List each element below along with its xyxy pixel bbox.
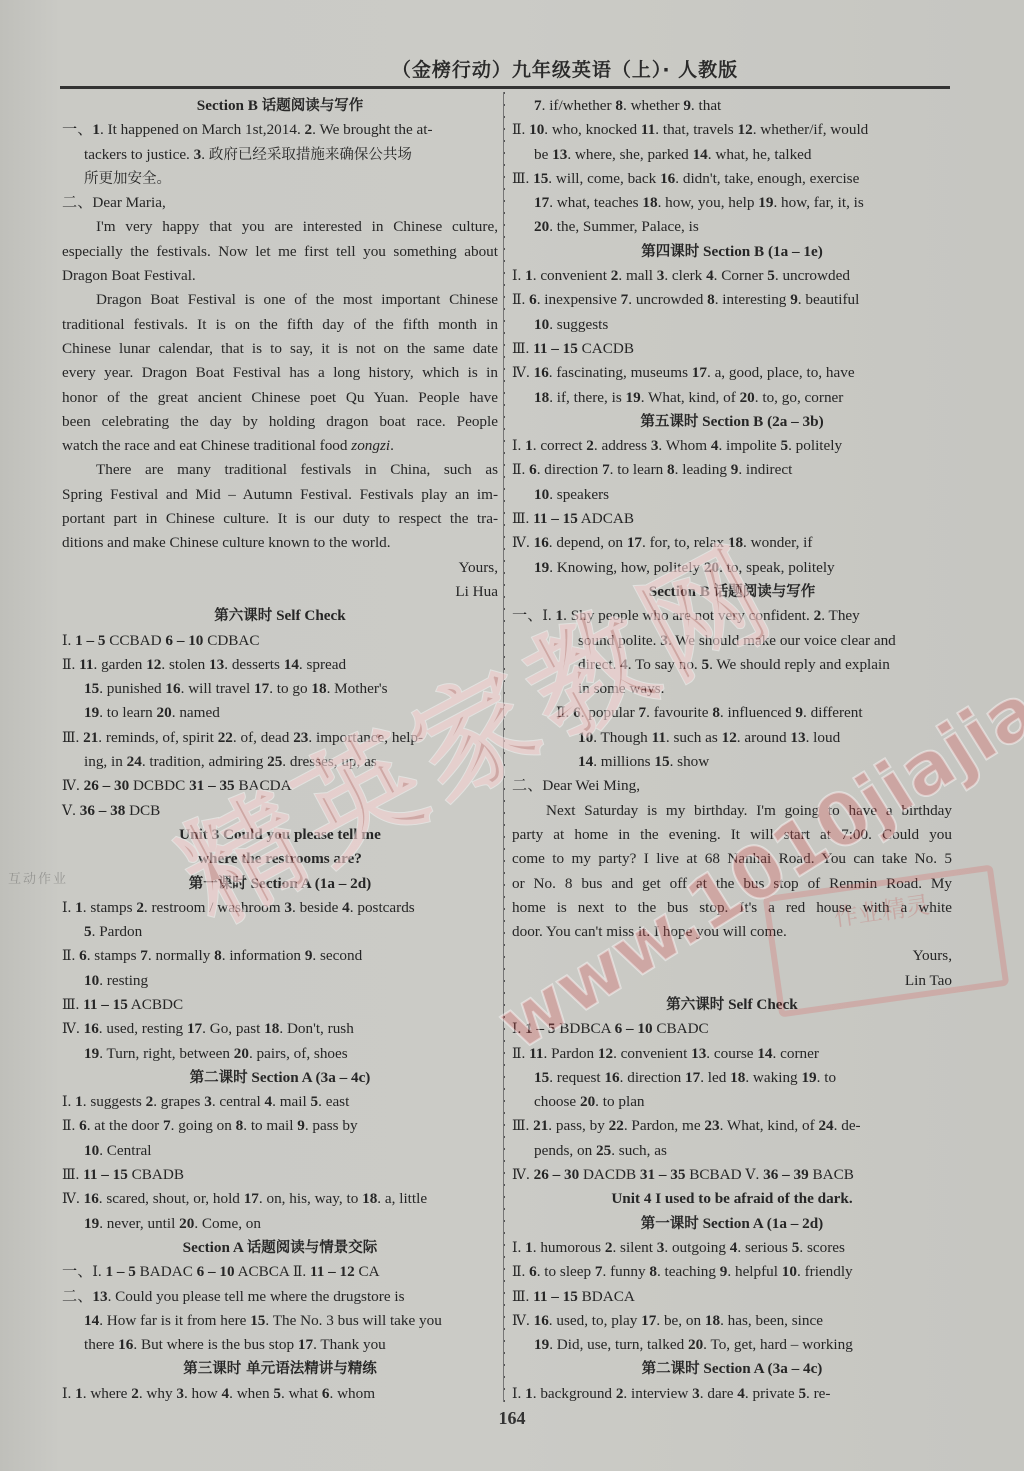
separator: .	[76, 777, 84, 794]
part-numeral: Ⅳ	[512, 535, 526, 551]
answer-text: . punished	[99, 680, 165, 697]
answer-text: . desserts	[224, 656, 283, 673]
section-heading-en: Unit 4 I used to be afraid of the dark.	[611, 1190, 852, 1207]
answer-text: . Go, past	[202, 1020, 264, 1037]
question-number: 1	[75, 899, 83, 916]
answer-line: 二、Dear Wei Ming,	[512, 774, 952, 798]
question-number: 11 – 15	[533, 340, 578, 357]
answer-line: Ⅱ. 11. garden 12. stolen 13. desserts 14…	[62, 653, 498, 677]
answer-text: . didn't, take, enough, exercise	[675, 170, 859, 187]
question-number: 4	[265, 1093, 273, 1110]
answer-line: Ⅱ. 10. who, knocked 11. that, travels 12…	[512, 118, 952, 142]
section-heading-en: Section B (2a – 3b)	[702, 413, 824, 430]
answer-line: Ⅱ. 11. Pardon 12. convenient 13. course …	[512, 1042, 952, 1066]
section-heading-en: Section A (1a – 2d)	[251, 875, 372, 892]
answer-line: sound polite. 3. We should make our voic…	[512, 629, 952, 653]
section-heading: Unit 4 I used to be afraid of the dark.	[512, 1187, 952, 1211]
separator: .	[522, 291, 530, 308]
answer-line: Ⅱ. 6. stamps 7. normally 8. information …	[62, 944, 498, 968]
question-number: 12	[738, 121, 753, 138]
answer-text: . scores	[799, 1239, 845, 1256]
answer-text: . reminds, of, spirit	[98, 729, 217, 746]
right-answer-column: 7. if/whether 8. whether 9. thatⅡ. 10. w…	[512, 94, 952, 1406]
answer-text: . suggests	[549, 316, 608, 333]
question-number: 5	[702, 656, 710, 673]
answer-line: direct. 4. To say no. 5. We should reply…	[512, 653, 952, 677]
answer-line: 二、Dear Maria,	[62, 191, 498, 215]
answer-text: . for, to, relax	[642, 534, 728, 551]
question-number: 5	[84, 923, 92, 940]
section-heading: 第一课时 Section A (1a – 2d)	[62, 872, 498, 896]
essay-line: I'm very happy that you are interested i…	[62, 215, 498, 239]
essay-line: There are many traditional festivals in …	[62, 458, 498, 482]
answer-text: 一、	[512, 607, 542, 624]
separator: .	[68, 632, 76, 649]
question-number: 17	[534, 194, 549, 211]
answer-line: Ⅳ. 16. depend, on 17. for, to, relax 18.…	[512, 531, 952, 555]
question-number: 16	[118, 1336, 133, 1353]
answer-text: . whom	[330, 1385, 376, 1402]
answer-text: . de-	[834, 1117, 861, 1134]
answer-text: choose	[534, 1093, 580, 1110]
question-number: 4	[222, 1385, 230, 1402]
answer-text: CACDB	[578, 340, 634, 357]
answer-text: . the, Summer, Palace, is	[549, 218, 699, 235]
question-number: 9	[683, 97, 691, 114]
question-number: 1	[525, 1385, 533, 1402]
answer-line: Ⅰ. 1. where 2. why 3. how 4. when 5. wha…	[62, 1382, 498, 1406]
answer-text: . friendly	[797, 1263, 853, 1280]
answer-line: Ⅰ. 1. convenient 2. mall 3. clerk 4. Cor…	[512, 264, 952, 288]
answer-line: ing, in 24. tradition, admiring 25. dres…	[62, 750, 498, 774]
answer-text: . convenient	[613, 1045, 691, 1062]
separator: .	[76, 1020, 84, 1037]
separator: .	[522, 1045, 530, 1062]
answer-text: . serious	[737, 1239, 791, 1256]
answer-text: . used, resting	[99, 1020, 187, 1037]
question-number: 16	[534, 364, 549, 381]
answer-text: . dare	[700, 1385, 738, 1402]
essay-line: party at home in the evening. It will st…	[512, 823, 952, 847]
answer-line: choose 20. to plan	[512, 1090, 952, 1114]
question-number: 3	[692, 1385, 700, 1402]
question-number: 16	[165, 680, 180, 697]
answer-text: . uncrowded	[775, 267, 850, 284]
answer-text: . how	[184, 1385, 222, 1402]
question-number: 20	[179, 1215, 194, 1232]
question-number: 14	[578, 753, 593, 770]
answer-text: be	[534, 146, 552, 163]
essay-line: come to my party? I live at 68 Nanhai Ro…	[512, 847, 952, 871]
answer-line: Ⅲ. 11 – 15 BDACA	[512, 1285, 952, 1309]
separator: .	[72, 802, 80, 819]
question-number: 1	[525, 1239, 533, 1256]
section-heading: 第五课时 Section B (2a – 3b)	[512, 410, 952, 434]
answer-text: . How far is it from here	[99, 1312, 250, 1329]
separator: .	[68, 1385, 76, 1402]
question-number: 10	[534, 316, 549, 333]
section-heading: Section B 话题阅读与写作	[512, 580, 952, 604]
answer-line: in some ways.	[512, 677, 952, 701]
question-number: 6 – 10	[615, 1020, 653, 1037]
question-number: 8	[712, 704, 720, 721]
answer-line: 20. the, Summer, Palace, is	[512, 215, 952, 239]
question-number: 10	[534, 486, 549, 503]
answer-line: 17. what, teaches 18. how, you, help 19.…	[512, 191, 952, 215]
part-numeral: Ⅱ	[512, 122, 522, 138]
answer-line: Ⅲ. 21. reminds, of, spirit 22. of, dead …	[62, 726, 498, 750]
part-numeral: Ⅳ	[62, 1021, 76, 1037]
answer-line: Ⅲ. 11 – 15 CACDB	[512, 337, 952, 361]
question-number: 6	[529, 291, 537, 308]
answer-text: . private	[745, 1385, 799, 1402]
answer-text: . We should reply and explain	[709, 656, 890, 673]
answer-text: . resting	[99, 972, 148, 989]
question-number: 16	[84, 1020, 99, 1037]
answer-text: ACBCA	[235, 1263, 293, 1280]
question-number: 20	[580, 1093, 595, 1110]
question-number: 7	[639, 704, 647, 721]
answer-text: . silent	[612, 1239, 656, 1256]
part-numeral: Ⅱ	[62, 657, 72, 673]
answer-text: . Corner	[714, 267, 768, 284]
answer-line: Ⅰ. 1. background 2. interview 3. dare 4.…	[512, 1382, 952, 1406]
question-number: 31 – 35	[640, 1166, 686, 1183]
question-number: 2	[131, 1385, 139, 1402]
section-heading-en: Section A (1a – 2d)	[703, 1215, 824, 1232]
question-number: 11 – 12	[310, 1263, 355, 1280]
answer-text: . what, he, talked	[708, 146, 812, 163]
question-number: 1 – 5	[75, 632, 105, 649]
answer-text: . corner	[773, 1045, 819, 1062]
answer-text: . request	[549, 1069, 604, 1086]
page-number: 164	[0, 1408, 1024, 1429]
answer-text: . favourite	[646, 704, 712, 721]
question-number: 18	[362, 1190, 377, 1207]
section-heading-cn: 话题阅读与写作	[714, 584, 816, 600]
answer-text: . outgoing	[664, 1239, 729, 1256]
answer-text: . around	[737, 729, 791, 746]
answer-line: Ⅲ. 11 – 15 ACBDC	[62, 993, 498, 1017]
answer-text: . interesting	[715, 291, 791, 308]
separator: .	[518, 1239, 526, 1256]
part-numeral: Ⅲ	[62, 997, 76, 1013]
essay-line: been celebrating the day by holding drag…	[62, 410, 498, 434]
answer-text: 一、	[62, 1263, 92, 1280]
question-number: 8	[615, 97, 623, 114]
question-number: 8	[649, 1263, 657, 1280]
answer-text: . influenced	[720, 704, 796, 721]
question-number: 14	[84, 1312, 99, 1329]
left-answer-column: Section B 话题阅读与写作一、1. It happened on Mar…	[62, 94, 498, 1406]
question-number: 12	[722, 729, 737, 746]
answer-text: . But where is the bus stop	[133, 1336, 298, 1353]
essay-line: traditional festivals. It is on the fift…	[62, 313, 498, 337]
answer-line: Ⅰ. 1. stamps 2. restroom / washroom 3. b…	[62, 896, 498, 920]
question-number: 13	[92, 1288, 107, 1305]
section-heading-en: Self Check	[276, 607, 346, 624]
answer-text: ADCAB	[578, 510, 634, 527]
question-number: 13	[691, 1045, 706, 1062]
question-number: 18	[534, 389, 549, 406]
question-number: 10	[84, 972, 99, 989]
section-heading-en: where the restrooms are?	[198, 850, 362, 867]
question-number: 19	[84, 704, 99, 721]
essay-line: Spring Festival and Mid – Autumn Festiva…	[62, 483, 498, 507]
answer-text: . waking	[745, 1069, 801, 1086]
answer-text: . leading	[675, 461, 731, 478]
section-heading: Section A 话题阅读与情景交际	[62, 1236, 498, 1260]
answer-text: . humorous	[533, 1239, 605, 1256]
answer-text: BDBCA	[556, 1020, 615, 1037]
essay-line: watch the race and eat Chinese tradition…	[62, 434, 498, 458]
part-numeral: Ⅴ	[745, 1167, 755, 1183]
answer-text: tackers to justice.	[84, 146, 194, 163]
essay-line: every year. Dragon Boat Festival has a l…	[62, 361, 498, 385]
separator: .	[526, 340, 534, 357]
answer-text: CCBAD	[106, 632, 166, 649]
answer-text: . Did, use, turn, talked	[549, 1336, 688, 1353]
answer-text: . at the door	[87, 1117, 163, 1134]
page-header-title: （金榜行动）九年级英语（上）· 人教版	[60, 55, 950, 85]
question-number: 20	[688, 1336, 703, 1353]
answer-text: . Mother's	[327, 680, 388, 697]
question-number: 18	[642, 194, 657, 211]
answer-text: . correct	[533, 437, 587, 454]
question-number: 15	[533, 170, 548, 187]
answer-text: . second	[312, 947, 362, 964]
answer-text: CA	[355, 1263, 380, 1280]
separator: .	[526, 1166, 534, 1183]
answer-text: . Pardon	[92, 923, 143, 940]
question-number: 25	[267, 753, 282, 770]
header-rule	[60, 86, 950, 89]
question-number: 17	[254, 680, 269, 697]
part-numeral: Ⅳ	[512, 365, 526, 381]
separator: .	[526, 1117, 534, 1134]
separator: .	[68, 1093, 76, 1110]
side-watermark-tag: 互动作业	[8, 868, 68, 887]
separator: .	[526, 534, 534, 551]
part-numeral: Ⅲ	[512, 341, 526, 357]
answer-line: 10. Though 11. such as 12. around 13. lo…	[512, 726, 952, 750]
answer-line: 18. if, there, is 19. What, kind, of 20.…	[512, 386, 952, 410]
section-heading-en: Section B	[649, 583, 714, 600]
question-number: 23	[704, 1117, 719, 1134]
answer-text: . on, his, way, to	[259, 1190, 362, 1207]
answer-text: . where	[83, 1385, 132, 1402]
question-number: 36 – 38	[80, 802, 126, 819]
answer-text: DACDB	[579, 1166, 640, 1183]
separator: .	[526, 1288, 534, 1305]
question-number: 6	[79, 1117, 87, 1134]
answer-text: . going on	[171, 1117, 236, 1134]
question-number: 12	[598, 1045, 613, 1062]
question-number: 31 – 35	[189, 777, 235, 794]
part-numeral: Ⅲ	[512, 1289, 526, 1305]
answer-text: sound polite.	[578, 632, 660, 649]
question-number: 17	[244, 1190, 259, 1207]
question-number: 4	[737, 1385, 745, 1402]
answer-line: Ⅱ. 6. to sleep 7. funny 8. teaching 9. h…	[512, 1260, 952, 1284]
answer-line: 14. millions 15. show	[512, 750, 952, 774]
question-number: 5	[798, 1385, 806, 1402]
answer-text: . re-	[806, 1385, 830, 1402]
answer-text: .	[302, 1263, 310, 1280]
question-number: 6 – 10	[197, 1263, 235, 1280]
answer-line: Ⅰ. 1. correct 2. address 3. Whom 4. impo…	[512, 434, 952, 458]
question-number: 13	[552, 146, 567, 163]
question-number: 16	[84, 1190, 99, 1207]
answer-text: . We brought the at-	[312, 121, 432, 138]
answer-text: . will, come, back	[548, 170, 660, 187]
answer-text: . politely	[788, 437, 842, 454]
question-number: 1	[525, 437, 533, 454]
question-number: 19	[626, 389, 641, 406]
question-number: 5	[273, 1385, 281, 1402]
answer-text: . What, kind, of	[720, 1117, 819, 1134]
question-number: 19	[534, 1336, 549, 1353]
answer-text: . to learn	[99, 704, 156, 721]
question-number: 2	[136, 899, 144, 916]
separator: .	[68, 899, 76, 916]
separator: .	[72, 1117, 80, 1134]
answer-line: 10. Central	[62, 1139, 498, 1163]
answer-line: Ⅴ. 36 – 38 DCB	[62, 799, 498, 823]
question-number: 24	[127, 753, 142, 770]
answer-text: CBADB	[128, 1166, 184, 1183]
answer-text: .	[566, 704, 574, 721]
answer-text: . if, there, is	[549, 389, 625, 406]
part-numeral: Ⅴ	[62, 803, 72, 819]
answer-line: Ⅳ. 16. used, to, play 17. be, on 18. has…	[512, 1309, 952, 1333]
answer-text: . pairs, of, shoes	[249, 1045, 348, 1062]
question-number: 25	[596, 1142, 611, 1159]
answer-line: be 13. where, she, parked 14. what, he, …	[512, 143, 952, 167]
answer-line: Ⅲ. 11 – 15 ADCAB	[512, 507, 952, 531]
separator: .	[72, 656, 80, 673]
answer-text: 所更加安全。	[84, 171, 171, 187]
answer-line: Ⅲ. 21. pass, by 22. Pardon, me 23. What,…	[512, 1114, 952, 1138]
answer-text: . uncrowded	[628, 291, 707, 308]
part-numeral: Ⅱ	[512, 1264, 522, 1280]
answer-text: . used, to, play	[549, 1312, 641, 1329]
essay-line: Next Saturday is my birthday. I'm going …	[512, 799, 952, 823]
question-number: 11 – 15	[533, 1288, 578, 1305]
question-number: 2	[586, 437, 594, 454]
answer-text: . a, little	[377, 1190, 427, 1207]
answer-text: . will travel	[181, 680, 254, 697]
answer-line: Ⅳ. 16. fascinating, museums 17. a, good,…	[512, 361, 952, 385]
question-number: 7	[534, 97, 542, 114]
answer-line: 二、13. Could you please tell me where the…	[62, 1285, 498, 1309]
question-number: 19	[534, 559, 549, 576]
answer-text: 二、	[62, 1288, 92, 1305]
answer-text: . that, travels	[655, 121, 737, 138]
question-number: 22	[609, 1117, 624, 1134]
question-number: 16	[534, 534, 549, 551]
question-number: 19	[801, 1069, 816, 1086]
separator: .	[76, 1166, 84, 1183]
question-number: 8	[707, 291, 715, 308]
separator: .	[518, 1020, 526, 1037]
answer-text: . impolite	[718, 437, 780, 454]
answer-text: . importance, help-	[308, 729, 423, 746]
answer-text: . when	[229, 1385, 273, 1402]
answer-line: Ⅰ. 1 – 5 CCBAD 6 – 10 CDBAC	[62, 629, 498, 653]
answer-text: . To, get, hard – working	[703, 1336, 853, 1353]
answer-text: BACDA	[235, 777, 292, 794]
question-number: 3	[176, 1385, 184, 1402]
answer-text: . to sleep	[537, 1263, 595, 1280]
question-number: 19	[84, 1045, 99, 1062]
answer-line: 7. if/whether 8. whether 9. that	[512, 94, 952, 118]
italic-term: zongzi	[351, 437, 390, 454]
answer-text: . how, far, it, is	[773, 194, 863, 211]
section-heading-cn: 第二课时	[642, 1361, 700, 1377]
answer-text: 二、Dear Wei Ming,	[512, 777, 640, 794]
part-numeral: Ⅱ	[512, 292, 522, 308]
answer-text: . popular	[581, 704, 639, 721]
question-number: 5	[311, 1093, 319, 1110]
essay-line: especially the festivals. Now let me fir…	[62, 240, 498, 264]
answer-text: . be, on	[656, 1312, 705, 1329]
answer-text: DCB	[125, 802, 160, 819]
separator: .	[526, 364, 534, 381]
question-number: 1	[75, 1385, 83, 1402]
question-number: 19	[84, 1215, 99, 1232]
section-heading-cn: 第一课时	[189, 876, 247, 892]
question-number: 17	[187, 1020, 202, 1037]
answer-text: . Knowing, how, politely	[549, 559, 704, 576]
answer-text: . whether	[623, 97, 683, 114]
answer-line: tackers to justice. 3. 政府已经采取措施来确保公共场	[62, 143, 498, 167]
answer-line: Ⅱ. 6. at the door 7. going on 8. to mail…	[62, 1114, 498, 1138]
question-number: 1 – 5	[106, 1263, 136, 1280]
answer-text: CBADC	[653, 1020, 709, 1037]
section-heading-cn: 第四课时	[641, 244, 699, 260]
separator: .	[518, 437, 526, 454]
section-heading-en: Section A	[183, 1239, 247, 1256]
answer-text: BADAC	[136, 1263, 197, 1280]
answer-text: . grapes	[153, 1093, 204, 1110]
answer-line: there 16. But where is the bus stop 17. …	[62, 1333, 498, 1357]
answer-line: Ⅳ. 26 – 30 DCBDC 31 – 35 BACDA	[62, 774, 498, 798]
answer-text: . why	[139, 1385, 177, 1402]
separator: .	[518, 1385, 526, 1402]
answer-line: Ⅱ. 6. popular 7. favourite 8. influenced…	[512, 701, 952, 725]
question-number: 17	[298, 1336, 313, 1353]
answer-line: Ⅳ. 16. used, resting 17. Go, past 18. Do…	[62, 1017, 498, 1041]
separator: .	[76, 729, 84, 746]
part-numeral: Ⅲ	[62, 730, 76, 746]
question-number: 6	[79, 947, 87, 964]
answer-line: 10. suggests	[512, 313, 952, 337]
answer-text: . speakers	[549, 486, 609, 503]
question-number: 23	[293, 729, 308, 746]
question-number: 3	[660, 632, 668, 649]
answer-line: Ⅰ. 1. suggests 2. grapes 3. central 4. m…	[62, 1090, 498, 1114]
answer-text: . course	[706, 1045, 757, 1062]
answer-text: . suggests	[83, 1093, 146, 1110]
answer-text: . information	[222, 947, 305, 964]
answer-text: . that	[691, 97, 721, 114]
question-number: 7	[140, 947, 148, 964]
answer-text: . address	[594, 437, 651, 454]
answer-text: . show	[670, 753, 710, 770]
question-number: 8	[214, 947, 222, 964]
answer-text: . Thank you	[313, 1336, 386, 1353]
